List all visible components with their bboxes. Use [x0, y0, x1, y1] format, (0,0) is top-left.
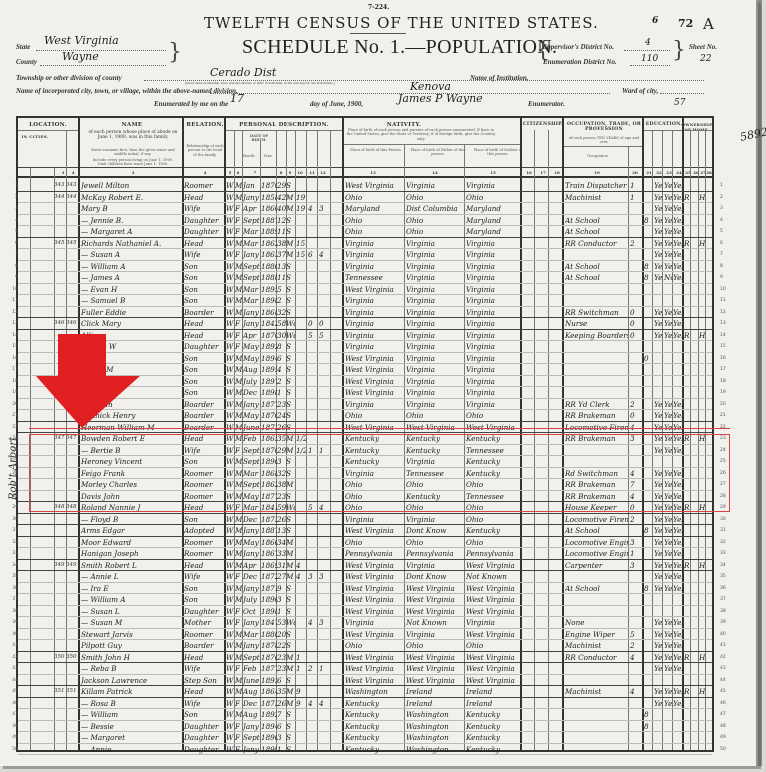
cell-yrs-married: [296, 732, 306, 743]
cell-months-unemp: [630, 376, 640, 387]
cell-color: W: [226, 318, 234, 329]
cell-living: 0: [319, 318, 329, 329]
cell-relation: Daughter: [184, 215, 224, 226]
cell-line: 33: [6, 548, 18, 559]
cell-line-right: 50: [720, 744, 732, 755]
cell-dwelling: [54, 537, 66, 548]
cell-line-right: 22: [720, 422, 732, 433]
cell-read: [654, 709, 663, 720]
cell-months-unemp: [630, 226, 640, 237]
cell-farm: [699, 261, 707, 272]
cell-write: Yes: [664, 548, 673, 559]
cell-mother-of: [308, 387, 317, 398]
cell-line: 36: [6, 583, 18, 594]
cell-name: — Floyd B: [81, 514, 181, 525]
cell-birth: West Virginia: [345, 663, 403, 674]
cell-marital: Wd: [286, 617, 295, 628]
cell-line: 46: [6, 698, 18, 709]
cell-relation: Son: [184, 514, 224, 525]
cell-owned: [684, 341, 692, 352]
enumerated-suffix: day of June, 1900,: [310, 100, 363, 108]
cell-english: [673, 675, 682, 686]
ward-underline: [660, 93, 704, 94]
county-value: Wayne: [62, 50, 99, 63]
cell-line-right: 38: [720, 606, 732, 617]
cell-sex: M: [235, 376, 243, 387]
cell-birth: West Virginia: [345, 594, 403, 605]
cell-occupation: Nurse: [565, 318, 628, 329]
col-number: 4: [200, 170, 210, 175]
cell-color: W: [226, 330, 234, 341]
cell-line-right: 34: [720, 560, 732, 571]
cell-sex: F: [235, 330, 243, 341]
state-underline: [36, 50, 166, 51]
cell-mother-of: [308, 364, 317, 375]
cell-dwelling: [54, 203, 66, 214]
cell-farm: [699, 663, 707, 674]
cell-months-unemp: [630, 341, 640, 352]
cell-month: Mar: [243, 284, 260, 295]
cell-family: [66, 295, 78, 306]
cell-owned: R: [684, 560, 692, 571]
cell-living: [319, 537, 329, 548]
cell-living: [319, 261, 329, 272]
cell-line-right: 20: [720, 399, 732, 410]
cell-line-right: 7: [720, 249, 732, 260]
cell-read: [654, 364, 663, 375]
cell-months-unemp: 1: [630, 192, 640, 203]
cell-sex: M: [235, 364, 243, 375]
cell-month: Jany: [243, 744, 260, 755]
cell-living: [319, 180, 329, 191]
cell-line: 50: [6, 744, 18, 755]
cell-write: [664, 744, 673, 755]
cell-father-birth: West Virginia: [406, 606, 464, 617]
cell-read: Yes: [654, 640, 663, 651]
cell-name: Click Mary: [81, 318, 181, 329]
cell-line: 7: [6, 249, 18, 260]
cell-marital: S: [286, 261, 295, 272]
cell-read: Yes: [654, 514, 663, 525]
cell-mother-of: [308, 284, 317, 295]
cell-marital: S: [286, 399, 295, 410]
cell-occupation: [565, 249, 628, 260]
cell-yrs-married: [296, 180, 306, 191]
cell-living: [319, 410, 329, 421]
cell-relation: Mother: [184, 617, 224, 628]
cell-yrs-married: [296, 629, 306, 640]
cell-english: Yes: [673, 652, 682, 663]
cell-owned: [684, 215, 692, 226]
cell-father-birth: Ireland: [406, 698, 464, 709]
highlight-box: [29, 434, 730, 512]
cell-farm: [699, 744, 707, 755]
cell-relation: Son: [184, 387, 224, 398]
cell-occupation: At School: [565, 215, 628, 226]
supervisor-label: Supervisor's District No.: [543, 43, 614, 51]
cell-mother-of: [308, 732, 317, 743]
cell-read: Yes: [654, 422, 663, 433]
cell-read: Yes: [654, 203, 663, 214]
cell-mother-of: [308, 514, 317, 525]
cell-year: 1888: [261, 272, 277, 283]
cell-birth: West Virginia: [345, 629, 403, 640]
cell-dwelling: [54, 571, 66, 582]
cell-farm: H: [699, 686, 707, 697]
cell-mother-of: [308, 215, 317, 226]
cell-line-right: 42: [720, 652, 732, 663]
cell-owned: [684, 514, 692, 525]
cell-family: [66, 721, 78, 732]
cell-read: [654, 284, 663, 295]
cell-sex: F: [235, 226, 243, 237]
col-number: 7: [250, 170, 260, 175]
cell-months-unemp: 2: [630, 238, 640, 249]
cell-birth: Virginia: [345, 238, 403, 249]
cell-line-right: 33: [720, 548, 732, 559]
cell-line-right: 3: [720, 203, 732, 214]
cell-birth: Washington: [345, 686, 403, 697]
cell-write: [664, 709, 673, 720]
hdr-rule: [644, 130, 712, 131]
cell-sex: M: [235, 640, 243, 651]
cell-occupation: [565, 284, 628, 295]
cell-line-right: 30: [720, 514, 732, 525]
enumeration-value: 110: [641, 54, 658, 64]
cell-mother-of: [308, 422, 317, 433]
cell-color: W: [226, 387, 234, 398]
cell-english: [673, 732, 682, 743]
cell-color: W: [226, 399, 234, 410]
cell-mother-of: [308, 583, 317, 594]
cell-farm: [699, 640, 707, 651]
cell-owned: R: [684, 192, 692, 203]
cell-mother-of: [308, 226, 317, 237]
cell-occupation: RR Conductor: [565, 652, 628, 663]
cell-sex: M: [235, 537, 243, 548]
cell-relation: Adopted: [184, 525, 224, 536]
cell-marital: S: [286, 364, 295, 375]
cell-father-birth: Ireland: [406, 686, 464, 697]
cell-dwelling: [54, 744, 66, 755]
cell-father-birth: Ohio: [406, 410, 464, 421]
cell-yrs-married: [296, 307, 306, 318]
cell-birth: Kentucky: [345, 721, 403, 732]
cell-name: — William: [81, 709, 181, 720]
cell-family: [66, 514, 78, 525]
table-row: 13346346Click MaryHeadWFJany184258Wd00Vi…: [18, 318, 712, 330]
cell-age: 6: [277, 675, 286, 686]
cell-birth: Virginia: [345, 330, 403, 341]
cell-line-right: 11: [720, 295, 732, 306]
cell-marital: M: [286, 548, 295, 559]
cell-yrs-married: [296, 709, 306, 720]
cell-write: Yes: [664, 629, 673, 640]
cell-family: [66, 203, 78, 214]
cell-marital: S: [286, 721, 295, 732]
cell-read: [654, 721, 663, 732]
cell-father-birth: Virginia: [406, 560, 464, 571]
cell-birth: Kentucky: [345, 744, 403, 755]
cell-read: Yes: [654, 249, 663, 260]
cell-owned: [684, 629, 692, 640]
cell-age: 13: [277, 261, 286, 272]
cell-month: Sept: [243, 261, 260, 272]
cell-school: [644, 606, 652, 617]
cell-months-unemp: [630, 744, 640, 755]
cell-dwelling: [54, 548, 66, 559]
cell-occupation: RR Yd Clerk: [565, 399, 628, 410]
cell-birth: Kentucky: [345, 732, 403, 743]
cell-line: 9: [6, 272, 18, 283]
cell-father-birth: Ohio: [406, 215, 464, 226]
cell-line: 13: [6, 318, 18, 329]
cell-color: W: [226, 721, 234, 732]
cell-birth: West Virginia: [345, 387, 403, 398]
cell-name: — Ira E: [81, 583, 181, 594]
cell-sex: F: [235, 215, 243, 226]
cell-family: [66, 732, 78, 743]
birth-father: Place of birth of Father of this person.: [410, 148, 466, 157]
cell-age: 1: [277, 387, 286, 398]
cell-age: 11: [277, 226, 286, 237]
cell-living: [319, 399, 329, 410]
cell-living: [319, 387, 329, 398]
cell-relation: Son: [184, 709, 224, 720]
cell-owned: [684, 318, 692, 329]
cell-english: Yes: [673, 663, 682, 674]
cell-marital: S: [286, 732, 295, 743]
cell-mother-of: [308, 594, 317, 605]
cell-line: 4: [6, 215, 18, 226]
cell-family: 343: [66, 180, 78, 191]
cell-months-unemp: [630, 261, 640, 272]
cell-occupation: [565, 721, 628, 732]
cell-months-unemp: 3: [630, 560, 640, 571]
table-row: 9— James ASonWMSept188811STennesseeVirgi…: [18, 272, 712, 284]
cell-yrs-married: [296, 341, 306, 352]
cell-yrs-married: 15: [296, 249, 306, 260]
cell-farm: [699, 215, 707, 226]
cell-living: [319, 422, 329, 433]
cell-school: [644, 698, 652, 709]
cell-read: Yes: [654, 525, 663, 536]
cell-farm: [699, 571, 707, 582]
cell-line-right: 19: [720, 387, 732, 398]
cell-write: [664, 284, 673, 295]
cell-family: [66, 525, 78, 536]
cell-read: [654, 376, 663, 387]
col-number: 18: [552, 170, 562, 175]
table-row: 45351351Killam PatrickHeadWMAug186435M9W…: [18, 686, 712, 698]
cell-school: 8: [644, 721, 652, 732]
cell-month: Aug: [243, 686, 260, 697]
table-row: 34349349Smith Robert LHeadWMApr186931M4W…: [18, 560, 712, 572]
cell-relation: Head: [184, 560, 224, 571]
cell-english: Yes: [673, 249, 682, 260]
cell-month: June: [243, 422, 260, 433]
cell-dwelling: [54, 249, 66, 260]
cell-line-right: 2: [720, 192, 732, 203]
table-row: 1343343Jewell MiltonRoomerWMJan187029SWe…: [18, 180, 712, 192]
table-row: 12Fuller EddieBoarderWMJany186832SVirgin…: [18, 307, 712, 319]
cell-mother-birth: Virginia: [466, 238, 520, 249]
birth-person: Place of birth of this Person.: [348, 148, 404, 152]
cell-father-birth: Washington: [406, 744, 464, 755]
cell-month: Jany: [243, 583, 260, 594]
cell-age: 9: [277, 583, 286, 594]
cell-read: Yes: [654, 652, 663, 663]
cell-age: 2: [277, 376, 286, 387]
cell-yrs-married: [296, 284, 306, 295]
cell-yrs-married: [296, 583, 306, 594]
cell-months-unemp: 1: [630, 548, 640, 559]
cell-months-unemp: [630, 709, 640, 720]
cell-birth: Ohio: [345, 192, 403, 203]
cell-school: [644, 410, 652, 421]
cell-color: W: [226, 675, 234, 686]
cell-marital: M: [286, 560, 295, 571]
cell-family: 351: [66, 686, 78, 697]
cell-relation: Wife: [184, 249, 224, 260]
cell-yrs-married: [296, 330, 306, 341]
cell-english: Yes: [673, 583, 682, 594]
cell-school: [644, 284, 652, 295]
cell-marital: S: [286, 422, 295, 433]
cell-family: 344: [66, 192, 78, 203]
cell-relation: Son: [184, 364, 224, 375]
cell-year: 1897: [261, 376, 277, 387]
cell-father-birth: Ohio: [406, 192, 464, 203]
cell-marital: M: [286, 238, 295, 249]
group-occupation: OCCUPATION, TRADE, OR PROFESSION: [564, 122, 644, 132]
cell-yrs-married: 4: [296, 571, 306, 582]
cell-school: 8: [644, 272, 652, 283]
cell-months-unemp: [630, 203, 640, 214]
cell-owned: [684, 606, 692, 617]
cell-months-unemp: 0: [630, 330, 640, 341]
cell-age: 12: [277, 215, 286, 226]
cell-relation: Daughter: [184, 744, 224, 755]
cell-marital: S: [286, 215, 295, 226]
cell-mother-birth: Kentucky: [466, 721, 520, 732]
cell-owned: [684, 548, 692, 559]
cell-farm: [699, 422, 707, 433]
cell-line: 34: [6, 560, 18, 571]
cell-name: Mary B: [81, 203, 181, 214]
cell-color: W: [226, 606, 234, 617]
cell-occupation: Engine Wiper: [565, 629, 628, 640]
cell-living: [319, 548, 329, 559]
cell-birth: Kentucky: [345, 698, 403, 709]
cell-read: [654, 732, 663, 743]
cell-year: 1899: [261, 744, 277, 755]
cell-mother-birth: Kentucky: [466, 732, 520, 743]
table-row: 36— Ira ESonWMJany18719SWest VirginiaWes…: [18, 583, 712, 595]
cell-line-right: 43: [720, 663, 732, 674]
cell-father-birth: Virginia: [406, 261, 464, 272]
cell-mother-of: [308, 238, 317, 249]
cell-mother-of: [308, 709, 317, 720]
cell-relation: Son: [184, 353, 224, 364]
cell-age: 22: [277, 640, 286, 651]
cell-mother-of: [308, 640, 317, 651]
cell-year: 1860: [261, 203, 277, 214]
cell-color: W: [226, 525, 234, 536]
cell-line: 42: [6, 652, 18, 663]
cell-occupation: [565, 295, 628, 306]
cell-line-right: 48: [720, 721, 732, 732]
cell-english: Yes: [673, 203, 682, 214]
col-number: 5: [226, 170, 234, 175]
cell-farm: H: [699, 560, 707, 571]
cell-month: Jany: [243, 249, 260, 260]
col-number: 3: [128, 170, 138, 175]
census-title: TWELFTH CENSUS OF THE UNITED STATES.: [204, 14, 599, 32]
cell-farm: [699, 295, 707, 306]
cell-color: W: [226, 640, 234, 651]
cell-name: Smith Robert L: [81, 560, 181, 571]
cell-english: Yes: [673, 629, 682, 640]
cell-month: Sept: [243, 732, 260, 743]
cell-yrs-married: [296, 514, 306, 525]
cell-mother-of: [308, 744, 317, 755]
cell-line-right: 14: [720, 330, 732, 341]
cell-school: [644, 203, 652, 214]
cell-yrs-married: [296, 387, 306, 398]
cell-name: — James A: [81, 272, 181, 283]
cell-months-unemp: [630, 215, 640, 226]
cell-write: [664, 594, 673, 605]
cell-marital: S: [286, 387, 295, 398]
cell-month: May: [243, 353, 260, 364]
enumeration-label: Enumeration District No.: [543, 58, 617, 66]
cell-mother-birth: Maryland: [466, 226, 520, 237]
cell-write: Yes: [664, 226, 673, 237]
cell-english: [673, 709, 682, 720]
cell-dwelling: [54, 525, 66, 536]
cell-mother-of: [308, 295, 317, 306]
cell-mother-birth: Virginia: [466, 364, 520, 375]
cell-color: W: [226, 560, 234, 571]
cell-mother-birth: Virginia: [466, 284, 520, 295]
cell-relation: Head: [184, 318, 224, 329]
cell-age: 53: [277, 617, 286, 628]
cell-family: [66, 261, 78, 272]
cell-marital: S: [286, 376, 295, 387]
cell-dwelling: 345: [54, 238, 66, 249]
cell-age: 7: [277, 709, 286, 720]
cell-school: [644, 399, 652, 410]
cell-mother-birth: Virginia: [466, 617, 520, 628]
cell-name: — Evan H: [81, 284, 181, 295]
cell-read: Yes: [654, 583, 663, 594]
cell-owned: [684, 295, 692, 306]
group-relation: RELATION.: [184, 122, 226, 128]
table-row: 2344344McKay Robert E.HeadWMJany185842M1…: [18, 192, 712, 204]
cell-year: 1863: [261, 249, 277, 260]
cell-yrs-married: [296, 537, 306, 548]
cell-write: Yes: [664, 640, 673, 651]
cell-color: W: [226, 341, 234, 352]
cell-yrs-married: [296, 617, 306, 628]
cell-farm: [699, 399, 707, 410]
name-note2: Include every person living on June 1, 1…: [90, 158, 176, 167]
cell-father-birth: Virginia: [406, 376, 464, 387]
cell-occupation: [565, 698, 628, 709]
cell-school: [644, 640, 652, 651]
cell-family: [66, 640, 78, 651]
